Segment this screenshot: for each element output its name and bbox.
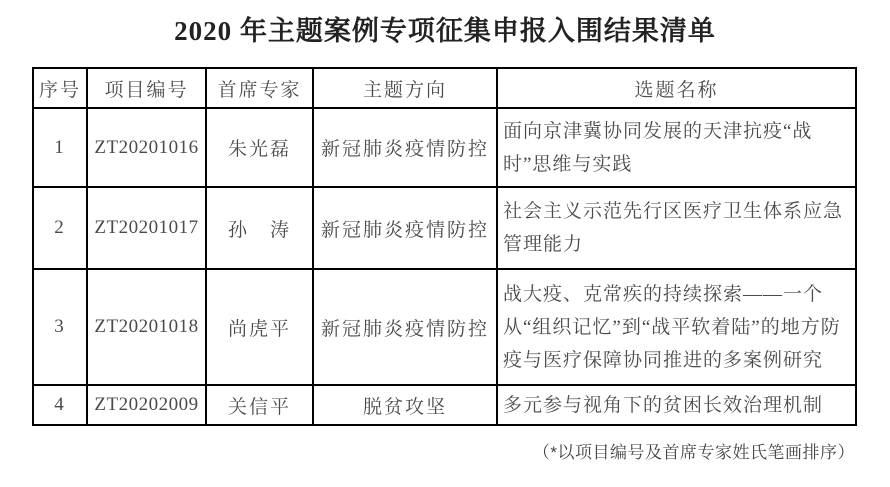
- cell-theme: 新冠肺炎疫情防控: [313, 187, 497, 269]
- cell-theme: 脱贫攻坚: [313, 385, 497, 425]
- header-theme: 主题方向: [313, 68, 497, 108]
- cell-seq: 3: [33, 269, 87, 385]
- cell-topic: 战大疫、克常疾的持续探索——一个从“组织记忆”到“战平软着陆”的地方防疫与医疗保…: [497, 269, 856, 385]
- cell-project-id: ZT20202009: [87, 385, 206, 425]
- cell-seq: 4: [33, 385, 87, 425]
- cell-chief-expert: 尚虎平: [206, 269, 313, 385]
- cell-theme: 新冠肺炎疫情防控: [313, 108, 497, 187]
- sort-order-footnote: （*以项目编号及首席专家姓氏笔画排序）: [533, 442, 855, 464]
- cell-project-id: ZT20201018: [87, 269, 206, 385]
- table-header-row: 序号 项目编号 首席专家 主题方向 选题名称: [33, 68, 856, 108]
- cell-topic: 面向京津冀协同发展的天津抗疫“战时”思维与实践: [497, 108, 856, 187]
- document-page: 2020 年主题案例专项征集申报入围结果清单 序号 项目编号 首席专家 主题方向…: [0, 0, 890, 487]
- cell-chief-expert: 朱光磊: [206, 108, 313, 187]
- header-seq: 序号: [33, 68, 87, 108]
- cell-chief-expert: 关信平: [206, 385, 313, 425]
- cell-theme: 新冠肺炎疫情防控: [313, 269, 497, 385]
- cell-topic: 多元参与视角下的贫困长效治理机制: [497, 385, 856, 425]
- table-row: 2 ZT20201017 孙 涛 新冠肺炎疫情防控 社会主义示范先行区医疗卫生体…: [33, 187, 856, 269]
- results-table: 序号 项目编号 首席专家 主题方向 选题名称 1 ZT20201016 朱光磊 …: [32, 67, 857, 426]
- header-topic: 选题名称: [497, 68, 856, 108]
- header-project-id: 项目编号: [87, 68, 206, 108]
- table-row: 4 ZT20202009 关信平 脱贫攻坚 多元参与视角下的贫困长效治理机制: [33, 385, 856, 425]
- cell-project-id: ZT20201017: [87, 187, 206, 269]
- cell-chief-expert: 孙 涛: [206, 187, 313, 269]
- page-title: 2020 年主题案例专项征集申报入围结果清单: [0, 12, 890, 50]
- table-row: 3 ZT20201018 尚虎平 新冠肺炎疫情防控 战大疫、克常疾的持续探索——…: [33, 269, 856, 385]
- cell-seq: 1: [33, 108, 87, 187]
- cell-project-id: ZT20201016: [87, 108, 206, 187]
- header-chief-expert: 首席专家: [206, 68, 313, 108]
- cell-seq: 2: [33, 187, 87, 269]
- table-row: 1 ZT20201016 朱光磊 新冠肺炎疫情防控 面向京津冀协同发展的天津抗疫…: [33, 108, 856, 187]
- cell-topic: 社会主义示范先行区医疗卫生体系应急管理能力: [497, 187, 856, 269]
